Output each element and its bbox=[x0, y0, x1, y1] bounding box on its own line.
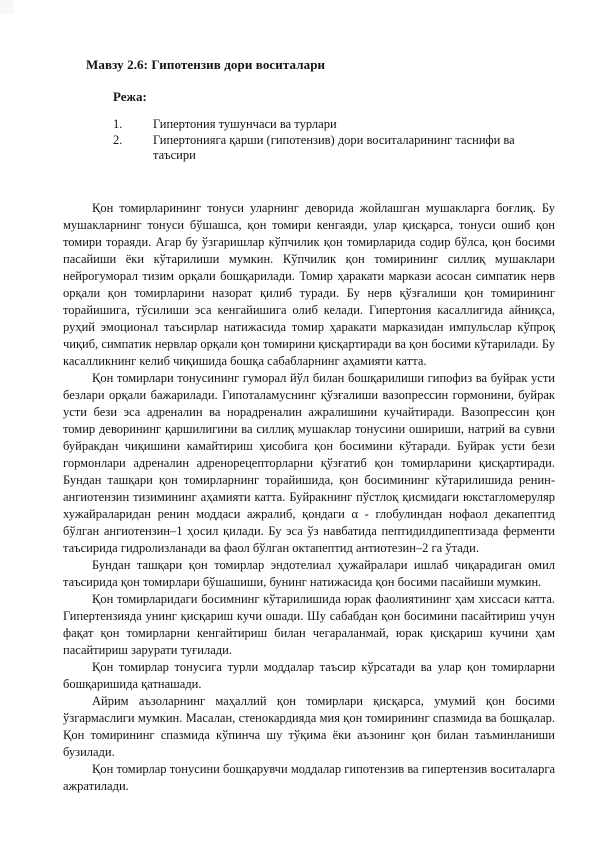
plan-item-text: Гипертония тушунчаси ва турлари bbox=[153, 117, 533, 133]
plan-item-text: Гипертонияга қарши (гипотензив) дори вос… bbox=[153, 133, 533, 164]
body-paragraph: Қон томирларидаги босимнинг кўтарилишида… bbox=[63, 591, 555, 659]
body-paragraph: Қон томирлари тонусининг гуморал йўл бил… bbox=[63, 370, 555, 557]
plan-item-number: 1. bbox=[113, 117, 153, 133]
plan-list: 1. Гипертония тушунчаси ва турлари 2. Ги… bbox=[113, 117, 533, 164]
document-page: Мавзу 2.6: Гипотензив дори воситалари Ре… bbox=[0, 0, 596, 842]
plan-heading: Режа: bbox=[113, 88, 147, 105]
body-paragraph: Бундан ташқари қон томирлар эндотелиал ҳ… bbox=[63, 557, 555, 591]
document-title: Мавзу 2.6: Гипотензив дори воситалари bbox=[86, 56, 325, 73]
corner-artifact bbox=[0, 0, 14, 14]
body-paragraph: Қон томирлар тонусини бошқарувчи моддала… bbox=[63, 761, 555, 795]
document-body: Қон томирларининг тонуси уларнинг девори… bbox=[63, 200, 555, 795]
plan-list-item: 1. Гипертония тушунчаси ва турлари bbox=[113, 117, 533, 133]
body-paragraph: Қон томирлар тонусига турли моддалар таъ… bbox=[63, 659, 555, 693]
plan-list-item: 2. Гипертонияга қарши (гипотензив) дори … bbox=[113, 133, 533, 164]
body-paragraph: Айрим аъзоларнинг маҳаллий қон томирлари… bbox=[63, 693, 555, 761]
plan-item-number: 2. bbox=[113, 133, 153, 164]
body-paragraph: Қон томирларининг тонуси уларнинг девори… bbox=[63, 200, 555, 370]
